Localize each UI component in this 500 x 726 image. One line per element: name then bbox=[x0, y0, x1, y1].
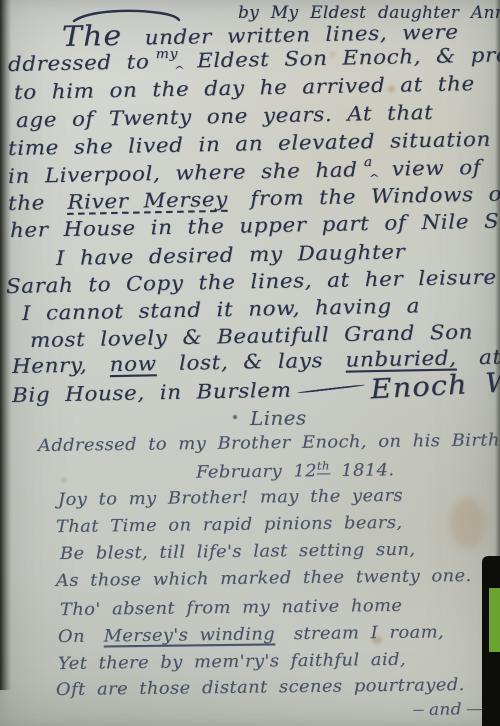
intro-line-6b: view of bbox=[392, 155, 482, 181]
poem-line-text: As those which marked thee twenty one. bbox=[56, 566, 472, 591]
poem-dedication: Addressed to my Brother Enoch, on his Bi… bbox=[38, 430, 500, 456]
green-backing-strip bbox=[489, 588, 500, 652]
poem-date-year: 1814. bbox=[341, 460, 394, 481]
signature-swash bbox=[297, 384, 365, 394]
intro-line-4: age of Twenty one years. At that bbox=[16, 100, 434, 132]
note-line-5b: lost, & lays bbox=[179, 348, 324, 375]
intro-line-6a: in Liverpool, where she had bbox=[8, 157, 358, 188]
caret-mark: ^ bbox=[174, 64, 186, 75]
poem-line-text: Be blest, till life's last setting sun, bbox=[60, 540, 416, 564]
river-mersey-underlined: River Mersey bbox=[67, 187, 228, 214]
note-line-2: Sarah to Copy the lines, at her leisure bbox=[6, 265, 497, 298]
intro-line-7b: from the Windows of bbox=[250, 181, 500, 210]
poem-line: Oft are those distant scenes pourtrayed. bbox=[56, 675, 465, 700]
intro-line-3: to him on the day he arrived at the bbox=[14, 71, 475, 104]
manuscript-photo: by My Eldest daughter Ann B The under wr… bbox=[0, 0, 500, 726]
catchword: and bbox=[408, 699, 489, 719]
unburied-underlined: unburied, bbox=[345, 345, 457, 371]
poem-title-text: Lines bbox=[250, 407, 307, 430]
poem-line: On Mersey's winding stream I roam, bbox=[58, 622, 444, 647]
intro-line-5: time she lived in an elevated situation bbox=[8, 127, 491, 160]
foxing-stain bbox=[450, 498, 486, 548]
poem-line-2a: On bbox=[58, 627, 85, 647]
catchword-text: and bbox=[429, 699, 462, 718]
inserted-word: my bbox=[156, 47, 179, 62]
note-line-2-text: Sarah to Copy the lines, at her leisure bbox=[6, 265, 497, 298]
poem-line-text: That Time on rapid pinions bears, bbox=[56, 513, 403, 537]
intro-line-4-text: age of Twenty one years. At that bbox=[16, 100, 434, 132]
caret-mark: ^ bbox=[369, 172, 381, 183]
note-line-5a: Henry, bbox=[12, 353, 88, 378]
intro-line-7a: the bbox=[8, 190, 45, 215]
poem-line: Yet there by mem'ry's faithful aid, bbox=[58, 650, 406, 674]
catchword-dash bbox=[413, 710, 424, 711]
now-underlined: now bbox=[109, 351, 156, 376]
intro-line-3-text: to him on the day he arrived at the bbox=[14, 71, 475, 104]
poem-title: Lines bbox=[250, 407, 307, 430]
poem-line-text: Joy to my Brother! may the years bbox=[58, 486, 403, 510]
opening-word: The bbox=[62, 19, 123, 53]
note-line-6-text: Big House, in Burslem bbox=[12, 378, 292, 407]
note-line-3: I cannot stand it now, having a bbox=[22, 293, 421, 325]
intro-line-5-text: time she lived in an elevated situation bbox=[8, 127, 491, 160]
winding-underlined: Mersey's winding bbox=[104, 624, 276, 646]
note-line-1: I have desired my Daughter bbox=[56, 239, 406, 270]
poem-line: As those which marked thee twenty one. bbox=[56, 566, 472, 591]
poem-line-text: Oft are those distant scenes pourtrayed. bbox=[56, 675, 465, 700]
intro-line-2a: ddressed to bbox=[8, 49, 150, 76]
poem-line-2b: stream I roam, bbox=[294, 622, 445, 644]
poem-date-ordinal: th bbox=[317, 459, 330, 474]
poem-line: That Time on rapid pinions bears, bbox=[56, 513, 403, 537]
poem-dedication-text: Addressed to my Brother Enoch, on his Bi… bbox=[38, 430, 500, 456]
poem-line: Joy to my Brother! may the years bbox=[58, 486, 403, 510]
inserted-word: a bbox=[364, 155, 373, 170]
poem-date-day: February 12 bbox=[196, 461, 317, 482]
poem-date: February 12th 1814. bbox=[196, 459, 395, 483]
poem-line-text: Yet there by mem'ry's faithful aid, bbox=[58, 650, 406, 674]
note-line-3-text: I cannot stand it now, having a bbox=[22, 293, 421, 325]
poem-line-text: Tho' absent from my native home bbox=[60, 596, 403, 620]
page-edge-shadow-left bbox=[0, 0, 11, 690]
ink-dot bbox=[233, 415, 237, 419]
foxing-spot bbox=[62, 478, 66, 482]
signature: Enoch Wood bbox=[370, 364, 500, 405]
poem-line: Be blest, till life's last setting sun, bbox=[60, 540, 416, 564]
poem-line: Tho' absent from my native home bbox=[60, 596, 403, 620]
note-line-1-text: I have desired my Daughter bbox=[56, 239, 406, 270]
